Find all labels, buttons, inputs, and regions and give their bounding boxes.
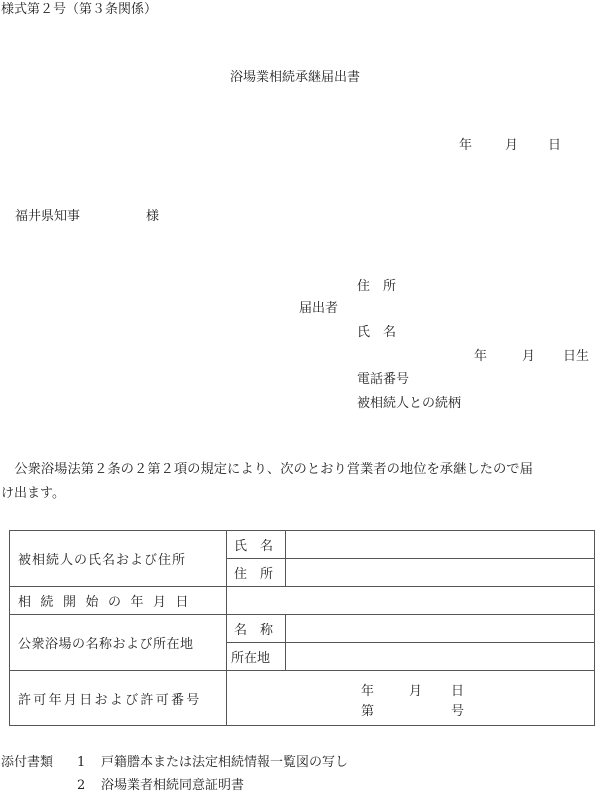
birth-year: 年 <box>474 350 487 363</box>
applicant-address-label: 住 所 <box>357 280 396 293</box>
addressee-honorific: 様 <box>146 210 159 223</box>
inheritance-date-field[interactable] <box>232 587 590 614</box>
deceased-address-field[interactable] <box>290 559 590 586</box>
date-month: 月 <box>505 139 518 152</box>
attachment-num-1: 1 <box>77 756 85 769</box>
attachments-label: 添付書類 <box>1 756 53 769</box>
bathhouse-location-field[interactable] <box>290 643 590 670</box>
permit-number-suffix: 号 <box>451 705 464 718</box>
divider <box>285 531 286 587</box>
row-label-inheritance-date: 相続開始の年月日 <box>18 587 220 614</box>
date-year: 年 <box>459 139 472 152</box>
permit-year: 年 <box>361 685 374 698</box>
permit-number-prefix: 第 <box>361 705 374 718</box>
succession-table: 被相続人の氏名および住所 氏 名 住 所 相続開始の年月日 公衆浴場の名称および… <box>9 530 595 726</box>
date-day: 日 <box>548 139 561 152</box>
bathhouse-name-field[interactable] <box>290 615 590 642</box>
divider <box>226 531 227 725</box>
document-title: 浴場業相続承継届出書 <box>230 71 360 84</box>
row-label-deceased: 被相続人の氏名および住所 <box>18 531 220 586</box>
row-label-permit: 許可年月日および許可番号 <box>18 671 220 726</box>
sub-label-location: 所在地 <box>231 643 270 670</box>
form-number: 様式第２号（第３条関係） <box>1 3 157 16</box>
applicant-relation-label: 被相続人との続柄 <box>357 397 461 410</box>
birth-month: 月 <box>522 350 535 363</box>
applicant-name-label: 氏 名 <box>357 326 396 339</box>
permit-day: 日 <box>451 685 464 698</box>
divider <box>285 615 286 671</box>
deceased-name-field[interactable] <box>290 531 590 558</box>
applicant-phone-label: 電話番号 <box>357 373 409 386</box>
sub-label-address: 住 所 <box>234 559 273 586</box>
addressee-name: 福井県知事 <box>15 210 80 223</box>
body-line-1: 公衆浴場法第２条の２第２項の規定により、次のとおり営業者の地位を承継したので届 <box>1 463 533 476</box>
body-line-2: け出ます。 <box>1 487 65 500</box>
sub-label-facility-name: 名 称 <box>234 615 273 642</box>
birth-day: 日生 <box>563 350 589 363</box>
attachment-item-1: 戸籍謄本または法定相続情報一覧図の写し <box>101 756 348 769</box>
applicant-group-label: 届出者 <box>299 302 338 315</box>
permit-month: 月 <box>409 685 422 698</box>
attachment-item-2: 浴場業者相続同意証明書 <box>101 779 244 792</box>
attachment-num-2: 2 <box>77 779 85 792</box>
sub-label-name: 氏 名 <box>234 531 273 558</box>
row-label-bathhouse: 公衆浴場の名称および所在地 <box>18 615 220 670</box>
